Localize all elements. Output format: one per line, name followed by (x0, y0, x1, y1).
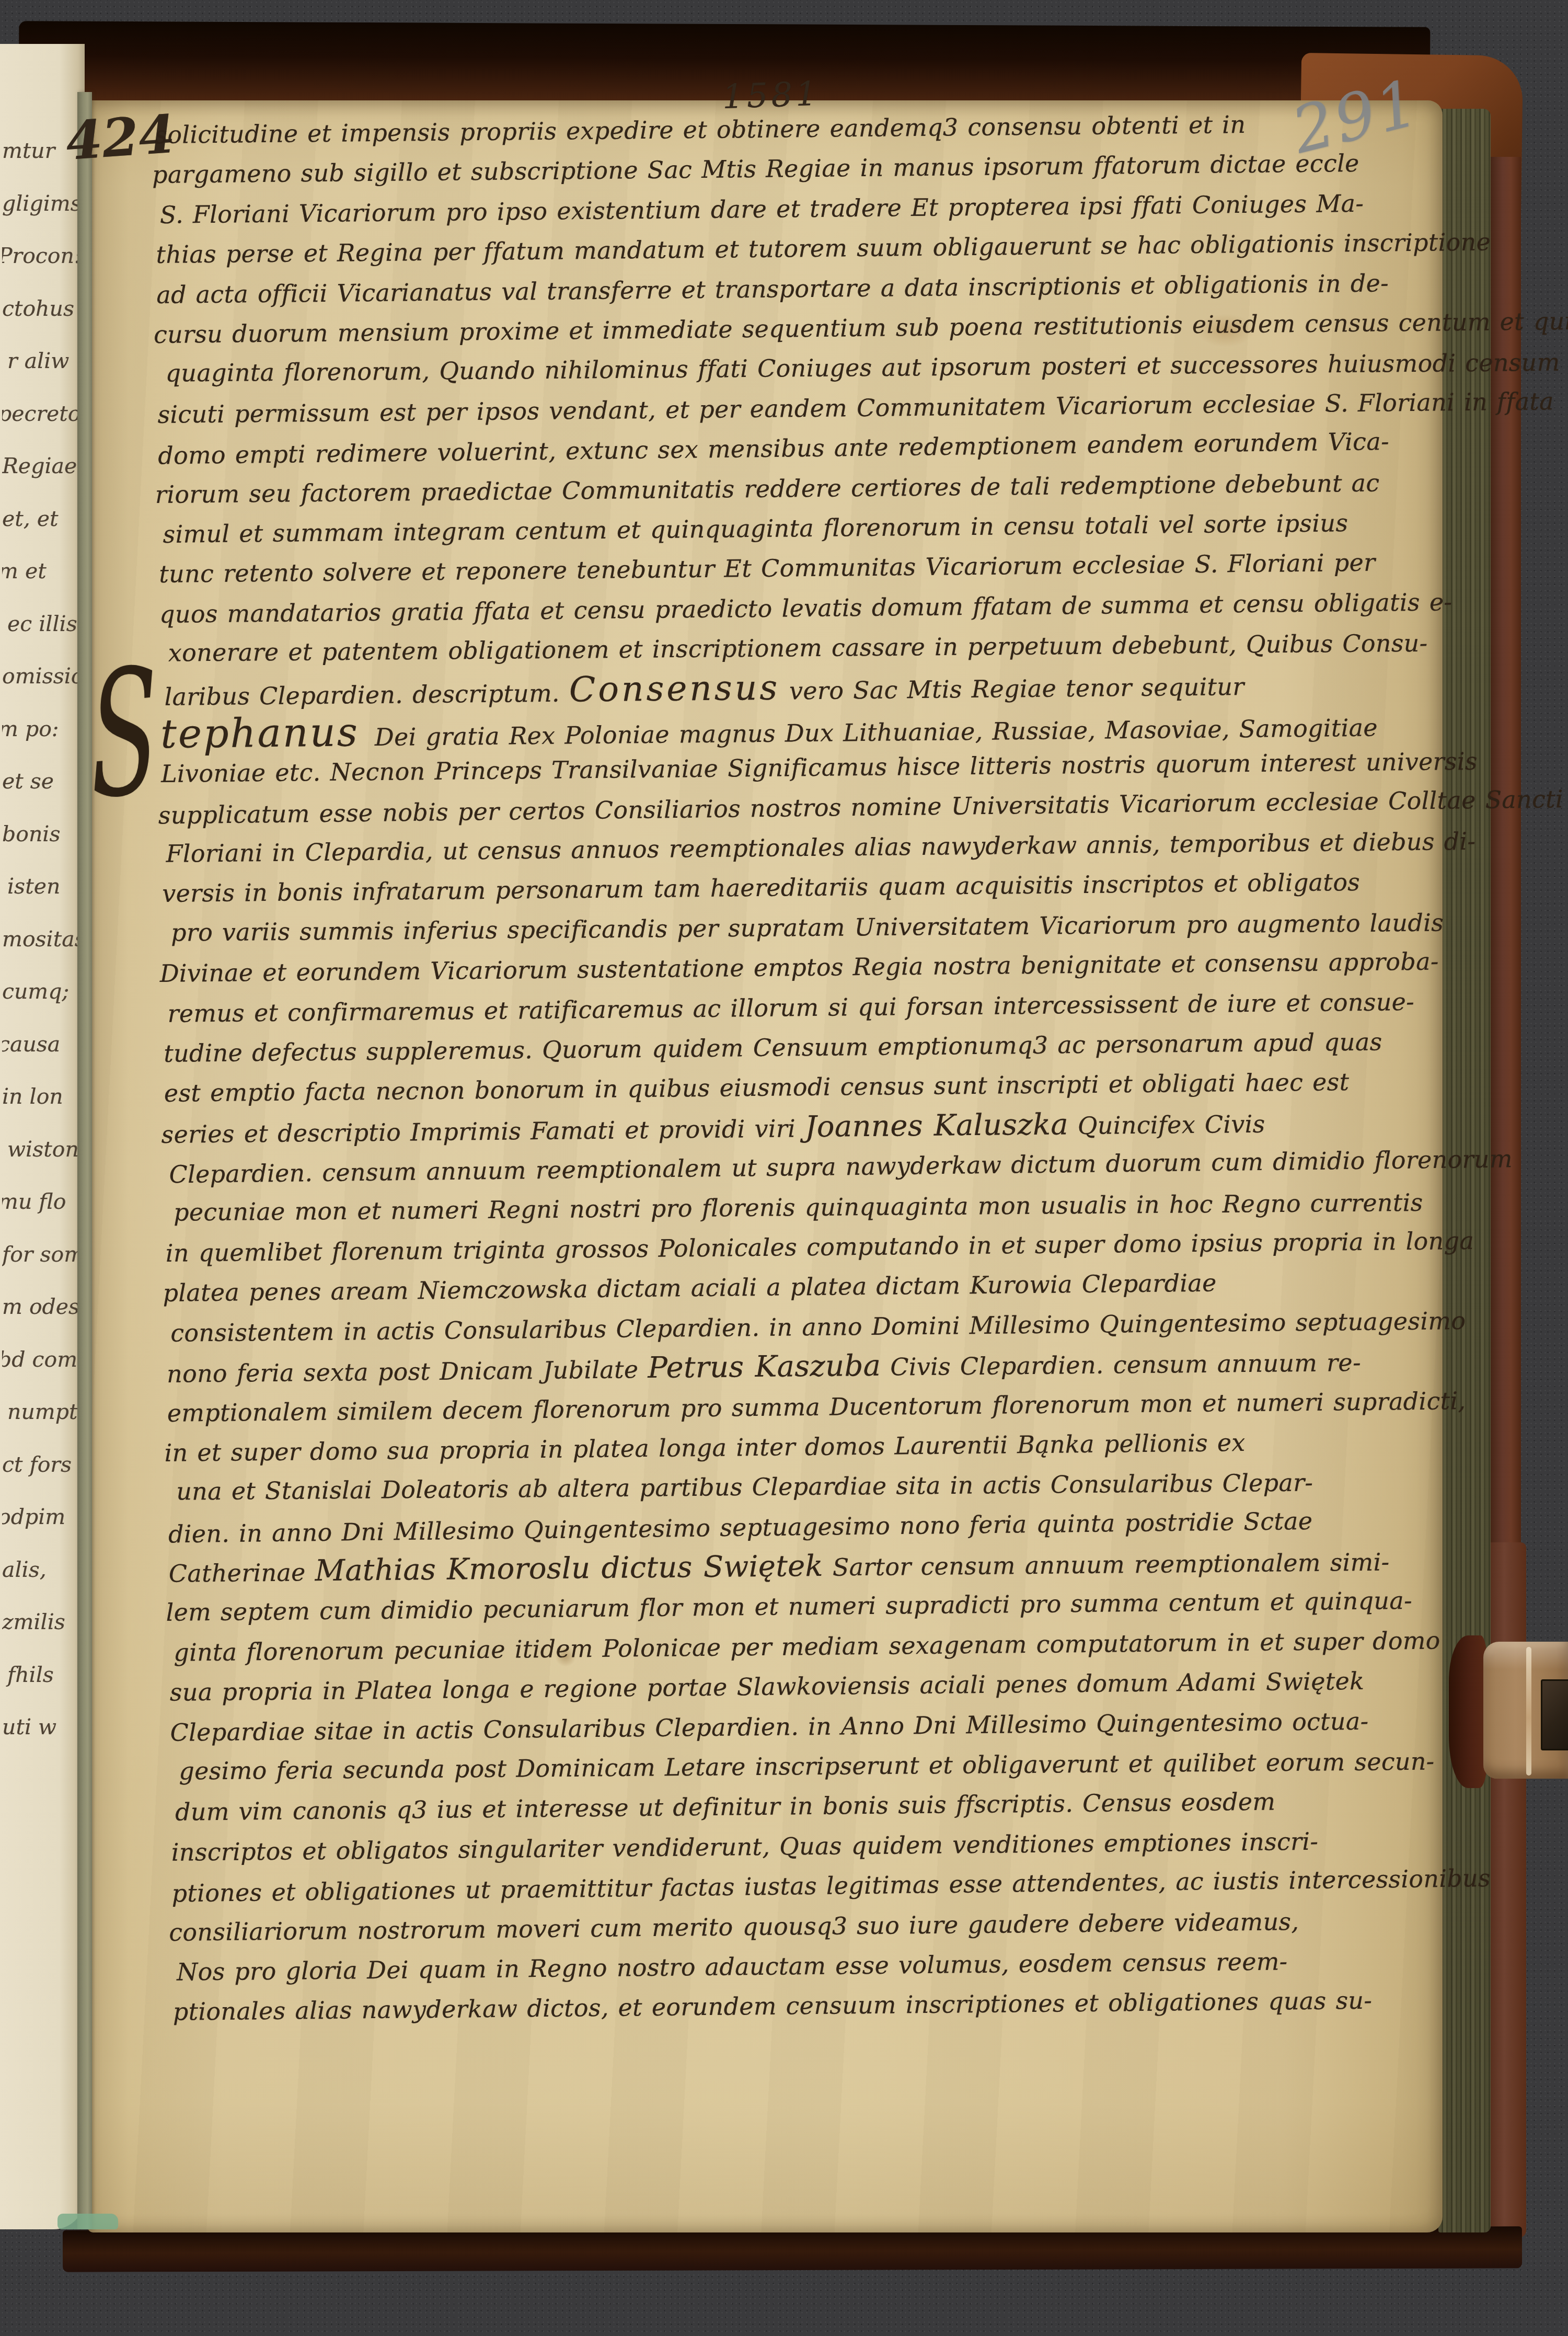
line-segment: consistentem in actis Consularibus Clepa… (170, 1307, 1466, 1347)
green-paint-trace (57, 2214, 118, 2229)
line-segment: platea penes aream Niemczowska dictam ac… (163, 1269, 1216, 1307)
line-segment: cursu duorum mensium proxime et immediat… (154, 306, 1568, 348)
clasp-metal-plate (1541, 1679, 1568, 1750)
line-segment: emptionalem similem decem florenorum pro… (167, 1387, 1466, 1427)
margin-fragment: for som (2, 1228, 79, 1281)
line-segment: tunc retento solvere et reponere tenebun… (159, 548, 1375, 588)
line-segment: Consensus (569, 668, 780, 710)
margin-fragment: mositas (2, 913, 79, 966)
line-segment: quos mandatarios gratia ffata et censu p… (159, 588, 1452, 628)
line-segment: nono feria sexta post Dnicam Jubilate (167, 1355, 648, 1388)
line-segment: solicitudine et impensis propriis expedi… (155, 110, 1246, 149)
margin-fragment: bd com (2, 1333, 79, 1386)
line-segment: Civis Clepardien. censum annuum re- (881, 1348, 1361, 1381)
margin-fragment: et se (2, 755, 79, 808)
line-segment: ptionales alias nawyderkaw dictos, et eo… (173, 1986, 1373, 2026)
margin-fragment: et, et (2, 493, 79, 545)
gutter-ribbon (77, 92, 92, 2229)
line-segment: riorum seu factorem praedictae Communita… (155, 468, 1380, 508)
line-segment: pecuniae mon et numeri Regni nostri pro … (174, 1188, 1423, 1226)
line-segment: Mathias Kmoroslu dictus Swiętek (315, 1549, 823, 1588)
margin-fragment: Regiae (2, 440, 79, 493)
margin-fragment: pecreto (2, 387, 79, 440)
line-segment: Divinae et eorundem Vicariorum sustentat… (160, 947, 1439, 988)
margin-fragment: ec illis (7, 598, 79, 650)
margin-fragment: uti w (2, 1701, 79, 1754)
line-segment: S. Floriani Vicariorum pro ipso existent… (160, 189, 1364, 229)
line-segment: tudine defectus suppleremus. Quorum quid… (164, 1028, 1382, 1068)
line-segment: gesimo feria secunda post Dominicam Leta… (179, 1747, 1435, 1785)
line-segment: Sartor censum annuum reemptionalem simi- (823, 1548, 1390, 1582)
line-segment: dum vim canonis q3 ius et interesse ut d… (175, 1788, 1276, 1826)
line-segment: laribus Clepardien. descriptum. (164, 679, 569, 711)
line-segment: Joannes Kaluszka (805, 1107, 1069, 1144)
line-segment: xonerare et patentem obligationem et ins… (168, 629, 1428, 667)
line-segment: Nos pro gloria Dei quam in Regno nostro … (177, 1947, 1288, 1986)
manuscript-lines: solicitudine et impensis propriis expedi… (155, 103, 1443, 2032)
line-segment: simul et summam integram centum et quinq… (163, 509, 1348, 548)
margin-fragment: numptu (7, 1385, 79, 1438)
margin-fragment: isten (7, 860, 79, 913)
line-segment: lem septem cum dimidio pecuniarum flor m… (166, 1586, 1412, 1627)
line-segment: Catherinae (169, 1558, 315, 1588)
line-segment: domo empti redimere voluerint, extunc se… (158, 427, 1389, 470)
line-segment: Clepardiae sitae in actis Consularibus C… (170, 1707, 1368, 1746)
line-segment: series et descriptio Imprimis Famati et … (161, 1114, 805, 1149)
line-segment: ad acta officii Vicarianatus val transfe… (156, 269, 1389, 309)
line-segment: in et super domo sua propria in platea l… (164, 1428, 1246, 1467)
margin-fragment: ctohus (2, 282, 79, 335)
line-segment: remus et confirmaremus et ratificaremus … (167, 988, 1414, 1028)
line-segment: in quemlibet florenum triginta grossos P… (166, 1227, 1474, 1267)
margin-fragment: mu flo (2, 1175, 79, 1228)
book-bottom-leather-edge (63, 2226, 1522, 2272)
line-segment: vero Sac Mtis Regiae tenor sequitur (780, 673, 1244, 706)
line-segment: versis in bonis infratarum personarum ta… (162, 868, 1360, 908)
line-segment: quaginta florenorum, Quando nihilominus … (166, 348, 1560, 387)
margin-fragment: ct fors (2, 1438, 79, 1491)
line-segment: thias perse et Regina per ffatum mandatu… (156, 228, 1491, 269)
margin-fragment: m et (2, 545, 79, 598)
line-segment: una et Stanislai Doleatoris ab altera pa… (176, 1469, 1313, 1506)
photo-stage: mturgligimsProcon:ctohusr aliwpecretoReg… (0, 0, 1568, 2336)
margin-fragment: r aliw (7, 335, 79, 387)
line-segment: pargameno sub sigillo et subscriptione S… (152, 149, 1359, 189)
line-segment: est emptio facta necnon bonorum in quibu… (164, 1068, 1350, 1108)
drop-cap-initial: S (88, 658, 160, 810)
margin-fragment: odpim (2, 1491, 79, 1543)
line-segment: inscriptos et obligatos singulariter ven… (171, 1827, 1319, 1866)
margin-fragment: in lon (2, 1070, 79, 1123)
facing-page-edge: mturgligimsProcon:ctohusr aliwpecretoReg… (0, 44, 85, 2229)
line-segment: Floriani in Clepardia, ut census annuos … (166, 827, 1475, 868)
line-segment: tephanus (160, 708, 375, 757)
line-segment: Petrus Kaszuba (648, 1349, 881, 1385)
margin-fragment: causa (2, 1018, 79, 1071)
margin-fragment: omissione (2, 650, 79, 703)
clasp-strap-crack (1526, 1647, 1531, 1776)
margin-fragment: gligims (2, 177, 79, 230)
margin-fragment: alis, (2, 1543, 79, 1596)
line-segment: dien. in anno Dni Millesimo Quingentesim… (168, 1506, 1313, 1548)
margin-fragment: m odes (2, 1280, 79, 1333)
margin-fragment: fhils (7, 1648, 79, 1701)
margin-fragment: cumq; (2, 965, 79, 1018)
margin-fragment: wiston (7, 1123, 79, 1176)
line-segment: pro variis summis inferius specificandis… (171, 908, 1444, 946)
line-segment: ginta florenorum pecuniae itidem Polonic… (174, 1626, 1440, 1666)
margin-fragment: bonis (2, 808, 79, 861)
margin-fragment: zmilis (2, 1596, 79, 1648)
line-segment: sua propria in Platea longa e regione po… (170, 1667, 1365, 1707)
line-segment: consiliariorum nostrorum moveri cum meri… (169, 1907, 1299, 1946)
clasp-leather-loop (1449, 1635, 1488, 1788)
line-segment: Quincifex Civis (1068, 1109, 1265, 1140)
margin-fragment: Procon: (2, 230, 79, 282)
margin-fragment: m po: (2, 703, 79, 755)
margin-fragments: mturgligimsProcon:ctohusr aliwpecretoReg… (2, 124, 79, 1771)
